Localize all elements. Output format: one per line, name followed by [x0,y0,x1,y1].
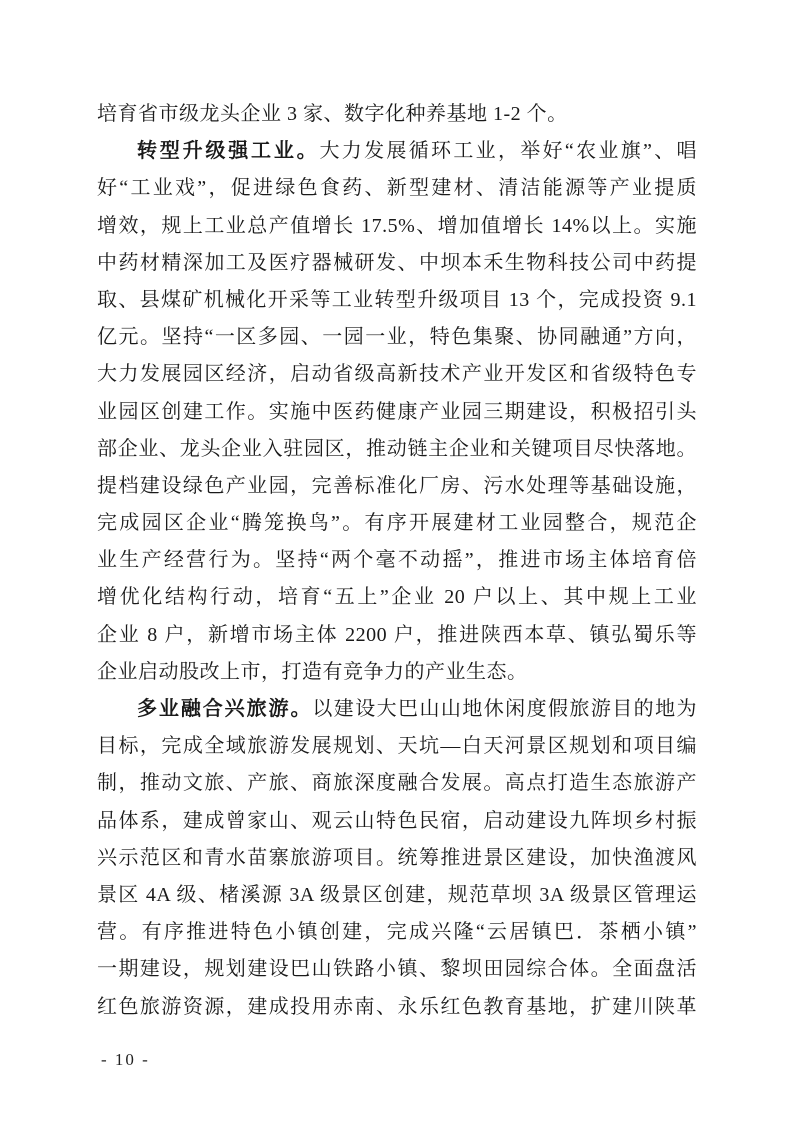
text-line: 营。有序推进特色小镇创建，完成兴隆“云居镇巴．茶栖小镇” [97,914,697,951]
document-body: 培育省市级龙头企业 3 家、数字化种养基地 1-2 个。转型升级强工业。大力发展… [97,96,697,1026]
text-segment: 企业 8 户，新增市场主体 2200 户，推进陕西本草、镇弘蜀乐等 [97,624,697,646]
text-segment: 提档建设绿色产业园，完善标准化厂房、污水处理等基础设施， [97,475,697,497]
text-line: 亿元。坚持“一区多园、一园一业，特色集聚、协同融通”方向， [97,319,697,356]
text-line: 增优化结构行动，培育“五上”企业 20 户以上、其中规上工业 [97,579,697,616]
paragraph-heading: 多业融合兴旅游。 [137,698,312,720]
text-segment: 业生产经营行为。坚持“两个毫不动摇”，推进市场主体培育倍 [97,549,697,571]
text-line: 企业启动股改上市，打造有竞争力的产业生态。 [97,654,697,691]
text-line: 兴示范区和青水苗寨旅游项目。统筹推进景区建设，加快渔渡风 [97,840,697,877]
page-number: - 10 - [101,1048,150,1072]
text-segment: 大力发展循环工业，举好“农业旗”、唱 [319,140,697,162]
text-segment: 品体系，建成曾家山、观云山特色民宿，启动建设九阵坝乡村振 [97,810,697,832]
paragraph-heading: 转型升级强工业。 [137,140,319,162]
text-segment: 企业启动股改上市，打造有竞争力的产业生态。 [97,661,528,683]
text-segment: 亿元。坚持“一区多园、一园一业，特色集聚、协同融通”方向， [97,326,697,348]
text-segment: 一期建设，规划建设巴山铁路小镇、黎坝田园综合体。全面盘活 [97,958,697,980]
text-segment: 培育省市级龙头企业 3 家、数字化种养基地 1-2 个。 [97,103,568,125]
text-line: 业生产经营行为。坚持“两个毫不动摇”，推进市场主体培育倍 [97,542,697,579]
text-segment: 增优化结构行动，培育“五上”企业 20 户以上、其中规上工业 [97,586,697,608]
text-line: 转型升级强工业。大力发展循环工业，举好“农业旗”、唱 [97,133,697,170]
text-segment: 红色旅游资源，建成投用赤南、永乐红色教育基地，扩建川陕革 [97,996,697,1018]
text-segment: 以建设大巴山山地休闲度假旅游目的地为 [312,698,697,720]
text-line: 提档建设绿色产业园，完善标准化厂房、污水处理等基础设施， [97,468,697,505]
text-line: 完成园区企业“腾笼换鸟”。有序开展建材工业园整合，规范企 [97,505,697,542]
document-page: 培育省市级龙头企业 3 家、数字化种养基地 1-2 个。转型升级强工业。大力发展… [0,0,793,1122]
text-line: 一期建设，规划建设巴山铁路小镇、黎坝田园综合体。全面盘活 [97,951,697,988]
text-line: 品体系，建成曾家山、观云山特色民宿，启动建设九阵坝乡村振 [97,803,697,840]
text-line: 多业融合兴旅游。以建设大巴山山地休闲度假旅游目的地为 [97,691,697,728]
text-segment: 取、县煤矿机械化开采等工业转型升级项目 13 个，完成投资 9.1 [97,289,697,311]
text-line: 取、县煤矿机械化开采等工业转型升级项目 13 个，完成投资 9.1 [97,282,697,319]
text-segment: 制，推动文旅、产旅、商旅深度融合发展。高点打造生态旅游产 [97,772,697,794]
text-line: 业园区创建工作。实施中医药健康产业园三期建设，积极招引头 [97,394,697,431]
text-line: 好“工业戏”，促进绿色食药、新型建材、清洁能源等产业提质 [97,170,697,207]
text-segment: 中药材精深加工及医疗器械研发、中坝本禾生物科技公司中药提 [97,252,697,274]
text-line: 培育省市级龙头企业 3 家、数字化种养基地 1-2 个。 [97,96,697,133]
text-segment: 部企业、龙头企业入驻园区，推动链主企业和关键项目尽快落地。 [97,438,697,460]
text-segment: 兴示范区和青水苗寨旅游项目。统筹推进景区建设，加快渔渡风 [97,847,697,869]
text-segment: 营。有序推进特色小镇创建，完成兴隆“云居镇巴．茶栖小镇” [97,921,697,943]
text-line: 制，推动文旅、产旅、商旅深度融合发展。高点打造生态旅游产 [97,765,697,802]
text-line: 红色旅游资源，建成投用赤南、永乐红色教育基地，扩建川陕革 [97,989,697,1026]
text-line: 目标，完成全域旅游发展规划、天坑—白天河景区规划和项目编 [97,728,697,765]
text-line: 增效，规上工业总产值增长 17.5%、增加值增长 14%以上。实施 [97,208,697,245]
text-line: 中药材精深加工及医疗器械研发、中坝本禾生物科技公司中药提 [97,245,697,282]
text-segment: 好“工业戏”，促进绿色食药、新型建材、清洁能源等产业提质 [97,177,697,199]
text-segment: 景区 4A 级、楮溪源 3A 级景区创建，规范草坝 3A 级景区管理运 [97,884,697,906]
text-segment: 完成园区企业“腾笼换鸟”。有序开展建材工业园整合，规范企 [97,512,697,534]
text-segment: 目标，完成全域旅游发展规划、天坑—白天河景区规划和项目编 [97,735,697,757]
text-line: 景区 4A 级、楮溪源 3A 级景区创建，规范草坝 3A 级景区管理运 [97,877,697,914]
text-line: 部企业、龙头企业入驻园区，推动链主企业和关键项目尽快落地。 [97,431,697,468]
text-segment: 业园区创建工作。实施中医药健康产业园三期建设，积极招引头 [97,401,697,423]
text-segment: 增效，规上工业总产值增长 17.5%、增加值增长 14%以上。实施 [97,215,697,237]
text-segment: 大力发展园区经济，启动省级高新技术产业开发区和省级特色专 [97,363,697,385]
text-line: 企业 8 户，新增市场主体 2200 户，推进陕西本草、镇弘蜀乐等 [97,617,697,654]
text-line: 大力发展园区经济，启动省级高新技术产业开发区和省级特色专 [97,356,697,393]
